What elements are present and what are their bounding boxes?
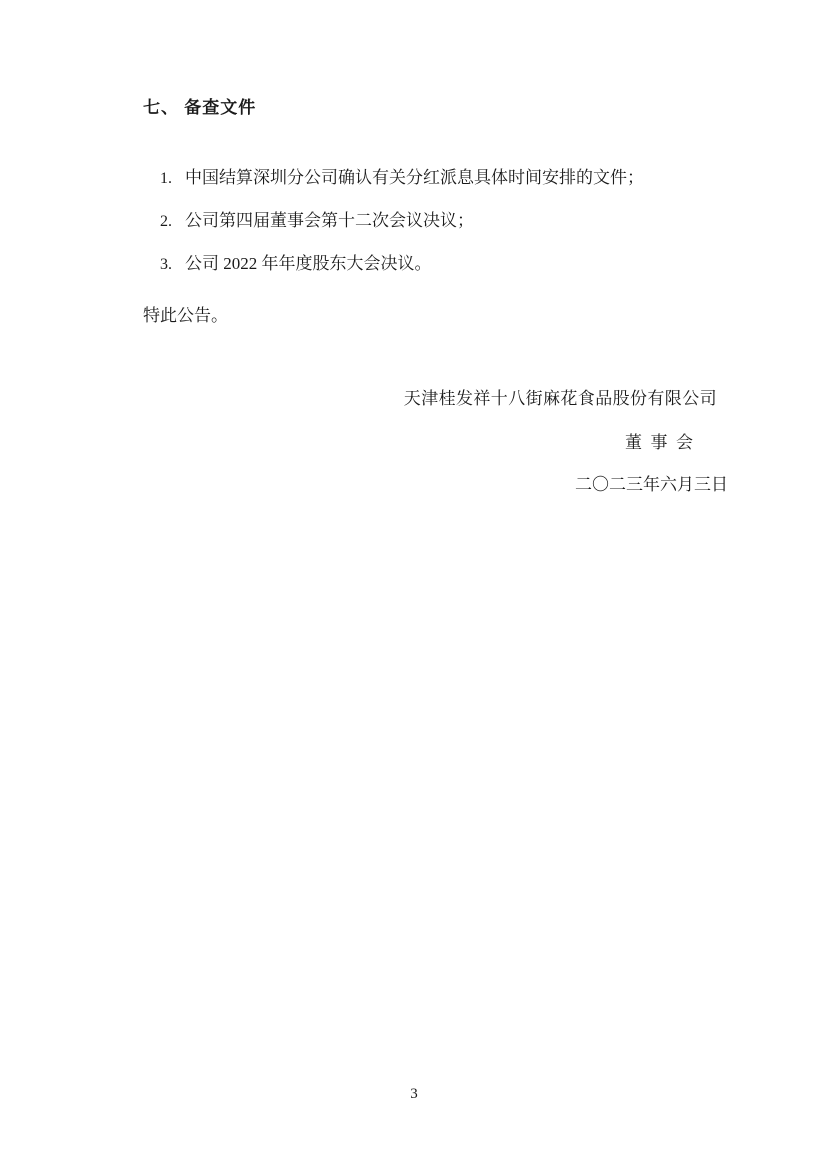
signature-board: 董 事 会 (625, 428, 693, 453)
list-item-number: 3. (160, 256, 185, 274)
document-page: 七、 备查文件 1.中国结算深圳分公司确认有关分红派息具体时间安排的文件； 2.… (0, 0, 828, 1170)
list-item-text: 中国结算深圳分公司确认有关分红派息具体时间安排的文件； (185, 168, 644, 187)
signature-company-name: 天津桂发祥十八街麻花食品股份有限公司 (404, 384, 717, 409)
page-number: 3 (0, 1086, 828, 1103)
closing-statement: 特此公告。 (143, 301, 228, 326)
list-item-text: 公司第四届董事会第十二次会议决议； (185, 211, 474, 230)
signature-date: 二〇二三年六月三日 (575, 470, 728, 495)
list-item: 3.公司 2022 年年度股东大会决议。 (143, 229, 432, 294)
section-heading: 七、 备查文件 (143, 93, 256, 118)
list-item-text: 公司 2022 年年度股东大会决议。 (185, 254, 432, 273)
